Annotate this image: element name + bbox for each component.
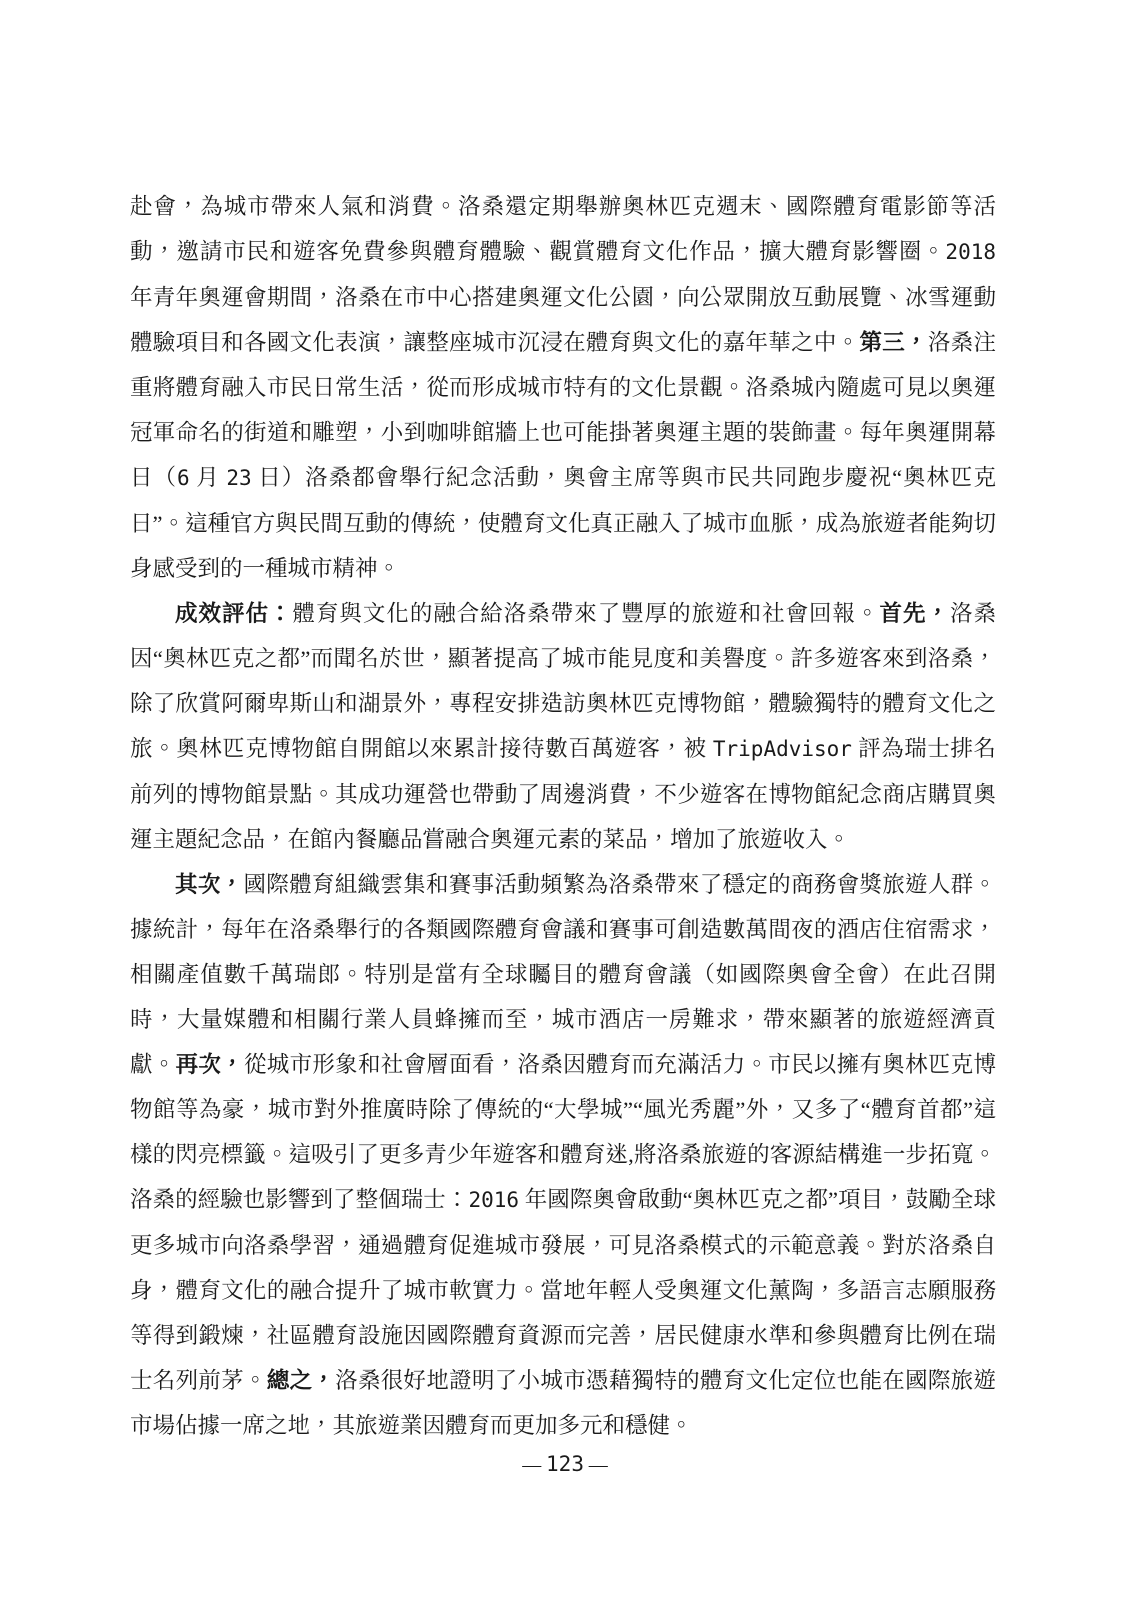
bold-run: 首先， xyxy=(880,601,950,626)
latin-text: 2018 xyxy=(945,240,996,264)
bold-run: 總之， xyxy=(267,1368,335,1393)
bold-run: 其次， xyxy=(175,872,243,897)
paragraph: 其次，國際體育組織雲集和賽事活動頻繁為洛桑帶來了穩定的商務會獎旅遊人群。據統計，… xyxy=(130,862,996,1448)
page-number: — 123 — xyxy=(522,1455,607,1476)
body-text: 赴會，為城市帶來人氣和消費。洛桑還定期舉辦奧林匹克週末、國際體育電影節等活動，邀… xyxy=(130,184,996,1448)
latin-text: 6 xyxy=(177,466,190,490)
document-page: 赴會，為城市帶來人氣和消費。洛桑還定期舉辦奧林匹克週末、國際體育電影節等活動，邀… xyxy=(0,0,1130,1600)
bold-run: 成效評估： xyxy=(175,601,292,626)
latin-text: 2016 xyxy=(468,1188,519,1212)
bold-run: 再次， xyxy=(176,1052,244,1077)
latin-text: 23 xyxy=(226,466,251,490)
bold-run: 第三， xyxy=(859,330,927,355)
latin-text: 123 xyxy=(546,1452,584,1476)
page-footer: — 123 — xyxy=(0,1452,1130,1477)
latin-text: TripAdvisor xyxy=(713,737,852,761)
paragraph: 成效評估：體育與文化的融合給洛桑帶來了豐厚的旅遊和社會回報。首先，洛桑因“奧林匹… xyxy=(130,591,996,862)
paragraph: 赴會，為城市帶來人氣和消費。洛桑還定期舉辦奧林匹克週末、國際體育電影節等活動，邀… xyxy=(130,184,996,591)
